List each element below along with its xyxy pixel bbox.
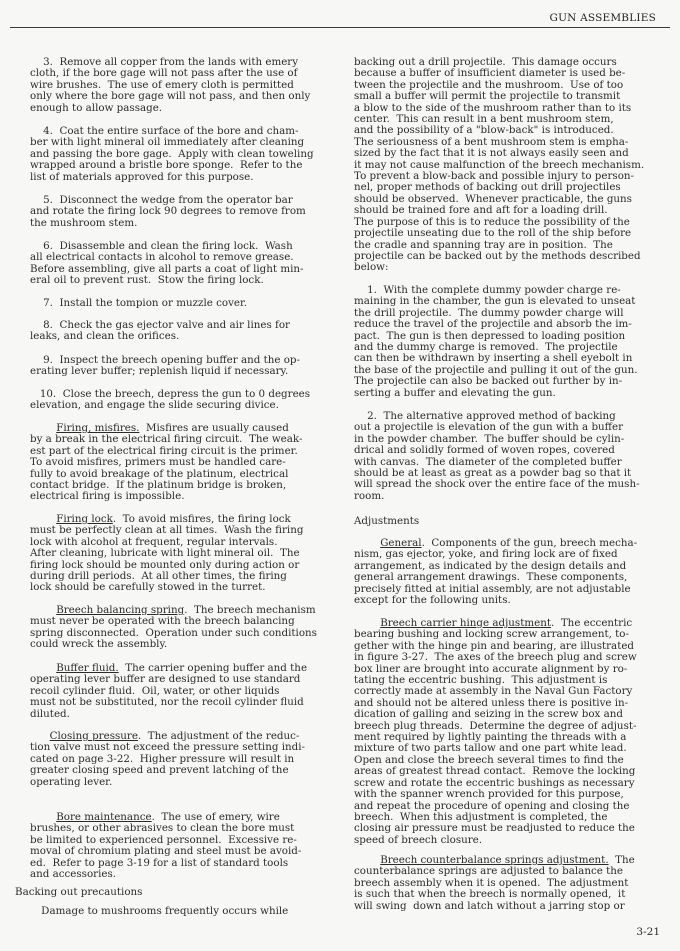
section-general: General. Components of the gun, breech m… (354, 538, 637, 606)
running-header: GUN ASSEMBLIES (550, 12, 656, 24)
step-4: 4. Coat the entire surface of the bore a… (30, 126, 314, 183)
header-rule (10, 27, 670, 28)
heading-breech-balancing-spring: Breech balancing spring (56, 604, 184, 616)
heading-buffer-fluid: Buffer fluid. (56, 662, 118, 674)
section-breech-counterbalance: Breech counterbalance springs adjustment… (354, 855, 635, 912)
step-7: 7. Install the tompion or muzzle cover. (30, 298, 247, 309)
heading-firing-misfires: Firing, misfires. (56, 422, 139, 434)
heading-backing-out-precautions: Backing out precautions (15, 887, 142, 898)
step-3: 3. Remove all copper from the lands with… (30, 57, 310, 114)
step-8: 8. Check the gas ejector valve and air l… (30, 320, 290, 343)
step-10: 10. Close the breech, depress the gun to… (30, 389, 310, 412)
heading-general: General (380, 537, 421, 549)
backing-out-intro: Damage to mushrooms frequently occurs wh… (15, 906, 288, 917)
step-5: 5. Disconnect the wedge from the operato… (30, 195, 306, 229)
heading-breech-counterbalance: Breech counterbalance springs adjustment… (380, 854, 608, 866)
section-closing-pressure: Closing pressure. The adjustment of the … (30, 731, 305, 788)
heading-firing-lock: Firing lock (56, 513, 113, 525)
heading-adjustments: Adjustments (354, 516, 419, 527)
heading-breech-carrier-hinge: Breech carrier hinge adjustment (380, 617, 551, 629)
method-2: 2. The alternative approved method of ba… (354, 411, 640, 502)
step-9: 9. Inspect the breech opening buffer and… (30, 355, 300, 378)
backing-out-continued: backing out a drill projectile. This dam… (354, 57, 644, 274)
heading-bore-maintenance: Bore maintenance (56, 811, 151, 823)
section-firing-misfires: Firing, misfires. Misfires are usually c… (30, 423, 302, 503)
section-breech-balancing-spring: Breech balancing spring. The breech mech… (30, 605, 317, 651)
step-6: 6. Disassemble and clean the firing lock… (30, 241, 304, 287)
section-bore-maintenance: Bore maintenance. The use of emery, wire… (30, 812, 301, 880)
section-breech-carrier-hinge: Breech carrier hinge adjustment. The ecc… (354, 618, 637, 846)
section-firing-lock: Firing lock. To avoid misfires, the firi… (30, 514, 303, 594)
method-1: 1. With the complete dummy powder charge… (354, 285, 638, 399)
section-buffer-fluid: Buffer fluid. The carrier opening buffer… (30, 663, 307, 720)
heading-closing-pressure: Closing pressure (50, 730, 138, 742)
page-number: 3-21 (636, 926, 660, 938)
